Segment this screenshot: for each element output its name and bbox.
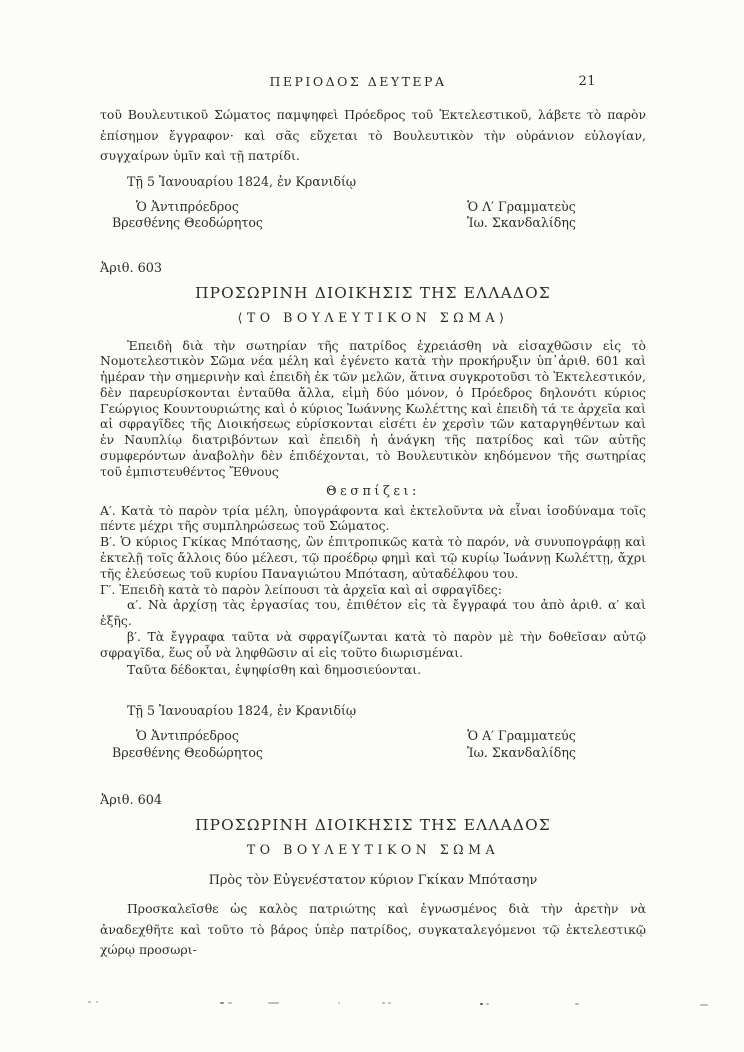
signature-left: Ὁ Ἀντιπρόεδρος Βρεσθένης Θεοδώρητος [112, 728, 263, 761]
signature-right-title: Ὁ Λ′ Γραμματεὺς [467, 199, 576, 216]
prev-doc-signature-block: Ὁ Ἀντιπρόεδρος Βρεσθένης Θεοδώρητος Ὁ Λ′… [100, 199, 646, 232]
doc604-number: Ἀριθ. 604 [100, 793, 646, 809]
signature-right: Ὁ Α′ Γραμματεύς Ἰω. Σκανδαλίδης [467, 728, 576, 761]
signature-right-name: Ἰω. Σκανδαλίδης [467, 745, 576, 762]
article-beta: Β′. Ὁ κύριος Γκίκας Μπότασης, ὢν ἐπιτροπ… [100, 534, 646, 581]
decree-heading: Θεσπίζει: [100, 484, 646, 500]
signature-left-name: Βρεσθένης Θεοδώρητος [112, 745, 263, 762]
signature-left-title: Ὁ Ἀντιπρόεδρος [112, 199, 263, 216]
signature-left: Ὁ Ἀντιπρόεδρος Βρεσθένης Θεοδώρητος [112, 199, 263, 232]
article-alpha: Α′. Κατὰ τὸ παρὸν τρία μέλη, ὑπογράφοντα… [100, 503, 646, 535]
running-header-title: ΠΕΡΙΟΔΟΣ ΔΕΥΤΕΡΑ [269, 74, 446, 89]
prev-doc-dateline: Τῇ 5 Ἰανουαρίου 1824, ἐν Κρανιδίῳ [127, 174, 646, 190]
doc603-articles: Α′. Κατὰ τὸ παρὸν τρία μέλη, ὑπογράφοντα… [100, 503, 646, 678]
sub-article-alpha: α′. Νὰ ἀρχίσῃ τὰς ἐργασίας του, ἐπιθέτον… [100, 597, 646, 629]
doc603-preamble: Ἐπειδὴ διὰ τὴν σωτηρίαν τῆς πατρίδος ἐχρ… [100, 338, 646, 480]
text-block: ΠΕΡΙΟΔΟΣ ΔΕΥΤΕΡΑ 21 τοῦ Βουλευτικοῦ Σώμα… [100, 74, 646, 961]
doc604-body: Προσκαλεῖσθε ὡς καλὸς πατριώτης καὶ ἐγνω… [100, 899, 646, 961]
signature-left-name: Βρεσθένης Θεοδώρητος [112, 215, 263, 232]
doc603-signature-block: Ὁ Ἀντιπρόεδρος Βρεσθένης Θεοδώρητος Ὁ Α′… [100, 728, 646, 761]
signature-right-name: Ἰω. Σκανδαλίδης [467, 215, 576, 232]
doc604-addressee: Πρὸς τὸν Εὐγενέστατον κύριον Γκίκαν Μπότ… [100, 873, 646, 889]
doc603-title: ΠΡΟΣΩΡΙΝΗ ΔΙΟΙΚΗΣΙΣ ΤΗΣ ΕΛΛΑΔΟΣ [100, 284, 646, 302]
prev-doc-continuation-paragraph: τοῦ Βουλευτικοῦ Σώματος παμψηφεὶ Πρόεδρο… [100, 105, 646, 167]
doc603-number: Ἀριθ. 603 [100, 261, 646, 277]
doc604-title: ΠΡΟΣΩΡΙΝΗ ΔΙΟΙΚΗΣΙΣ ΤΗΣ ΕΛΛΑΔΟΣ [100, 816, 646, 834]
doc604-subtitle: ΤΟ ΒΟΥΛΕΥΤΙΚΟΝ ΣΩΜΑ [100, 842, 646, 858]
doc603-subtitle: ⟨ΤΟ ΒΟΥΛΕΥΤΙΚΟΝ ΣΩΜΑ⟩ [100, 310, 646, 326]
sub-article-beta: β′. Τὰ ἔγγραφα ταῦτα νὰ σφραγίζωνται κατ… [100, 629, 646, 661]
scanned-document-page: ΠΕΡΙΟΔΟΣ ΔΕΥΤΕΡΑ 21 τοῦ Βουλευτικοῦ Σώμα… [0, 0, 744, 1052]
signature-right: Ὁ Λ′ Γραμματεὺς Ἰω. Σκανδαλίδης [467, 199, 576, 232]
doc603-closing: Ταῦτα δέδοκται, ἐψηφίσθη καὶ δημοσιεύοντ… [100, 662, 646, 678]
doc603-dateline: Τῇ 5 Ἰανουαρίου 1824, ἐν Κρανιδίῳ [127, 703, 646, 719]
page-number: 21 [578, 74, 596, 89]
signature-left-title: Ὁ Ἀντιπρόεδρος [112, 728, 263, 745]
signature-right-title: Ὁ Α′ Γραμματεύς [467, 728, 576, 745]
article-gamma: Γ′. Ἐπειδὴ κατὰ τὸ παρὸν λείπουσι τὰ ἀρχ… [100, 582, 646, 598]
running-header: ΠΕΡΙΟΔΟΣ ΔΕΥΤΕΡΑ 21 [100, 74, 646, 91]
